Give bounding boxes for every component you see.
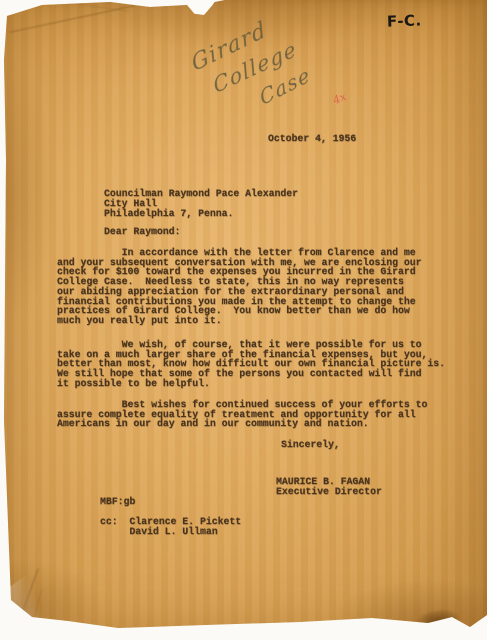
paper-fold xyxy=(6,556,52,640)
signer-name: MAURICE B. FAGAN xyxy=(276,477,370,487)
paper-crease xyxy=(60,1,129,12)
handwritten-annotation-girard: Girard xyxy=(189,17,270,77)
paper-crease xyxy=(9,5,135,34)
recipient-address: Councilman Raymond Pace Alexander City H… xyxy=(104,189,298,219)
reference-initials: MBF:gb xyxy=(100,497,135,507)
handwritten-annotation-case: Case xyxy=(257,62,313,110)
salutation: Dear Raymond: xyxy=(104,227,180,237)
corner-file-mark: F-C. xyxy=(387,11,422,30)
paper-crease xyxy=(27,589,43,640)
cc-list: cc: Clarence E. Pickett David L. Ullman xyxy=(100,517,241,537)
paper-crease xyxy=(11,568,40,640)
closing-line: Sincerely, xyxy=(281,440,340,450)
handwritten-annotation-college: College xyxy=(211,36,300,98)
paper-tear xyxy=(415,607,462,635)
signer-title: Executive Director xyxy=(276,487,382,497)
scanned-letter-document: October 4, 1956 Councilman Raymond Pace … xyxy=(0,0,487,640)
paper-sheet: October 4, 1956 Councilman Raymond Pace … xyxy=(0,0,487,640)
date-line: October 4, 1956 xyxy=(268,134,356,144)
paragraph-2: We wish, of course, that it were possibl… xyxy=(57,340,445,389)
paragraph-3: Best wishes for continued success of you… xyxy=(57,400,427,429)
paragraph-1: In accordance with the letter from Clare… xyxy=(57,248,422,326)
red-pencil-mark: 4x xyxy=(331,90,348,107)
